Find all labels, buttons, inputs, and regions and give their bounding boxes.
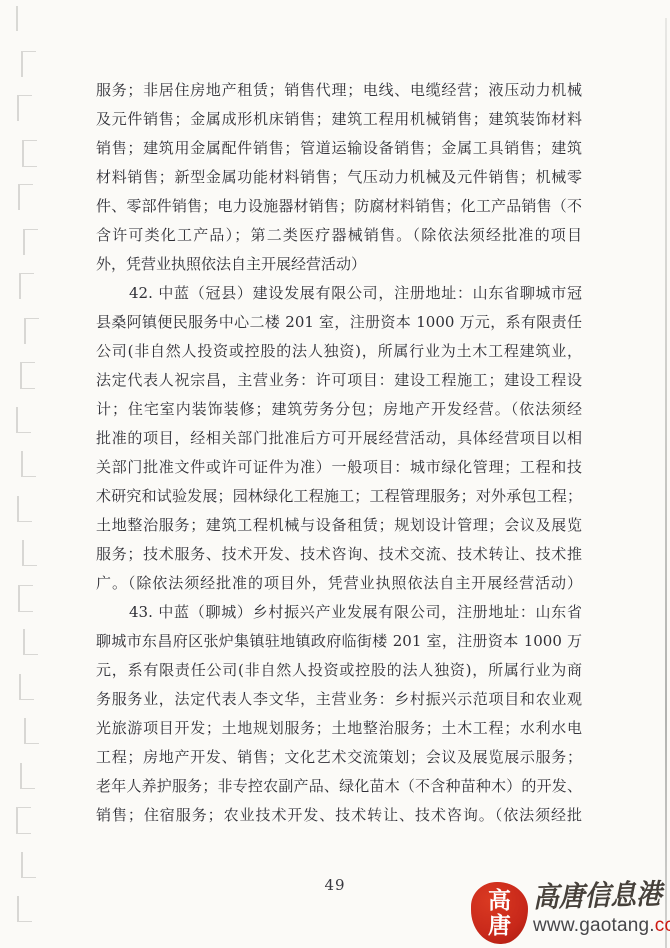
text-line: 广。（除依法须经批准的项目外，凭营业执照依法自主开展经营活动） [96, 569, 582, 598]
text-line: 及元件销售；金属成形机床销售；建筑工程用机械销售；建筑装饰材料 [96, 105, 582, 134]
text-line: 43. 中蓝（聊城）乡村振兴产业发展有限公司，注册地址：山东省 [96, 598, 582, 627]
scan-artifact-mark [22, 540, 37, 566]
scan-artifact-mark [18, 184, 33, 210]
scan-artifact-mark [24, 718, 39, 744]
scan-artifact-mark [17, 95, 32, 121]
text-line: 关部门批准文件或许可证件为准）一般项目：城市绿化管理；工程和技 [96, 453, 582, 482]
scan-artifact-mark [19, 273, 34, 299]
text-line: 件、零部件销售；电力设施器材销售；防腐材料销售；化工产品销售（不 [96, 192, 582, 221]
site-url-main: www.gaotang. [533, 915, 655, 936]
gaotang-seal-logo-icon: 高 唐 [471, 882, 528, 944]
text-line: 县桑阿镇便民服务中心二楼 201 室，注册资本 1000 万元，系有限责任 [96, 308, 582, 337]
text-line: 含许可类化工产品）；第二类医疗器械销售。（除依法须经批准的项目 [96, 221, 582, 250]
text-line: 术研究和试验发展；园林绿化工程施工；工程管理服务；对外承包工程； [96, 482, 582, 511]
text-line: 42. 中蓝（冠县）建设发展有限公司，注册地址：山东省聊城市冠 [96, 279, 582, 308]
scan-artifact-mark [24, 318, 39, 344]
text-line: 光旅游项目开发；土地规划服务；土地整治服务；土木工程；水利水电 [96, 714, 582, 743]
site-watermark: 高 唐 高唐信息港 www.gaotang.cc [471, 882, 669, 944]
text-line: 务服务业，法定代表人李文华，主营业务：乡村振兴示范项目和农业观 [96, 685, 582, 714]
text-line: 销售；住宿服务；农业技术开发、技术转让、技术咨询。（依法须经批 [96, 801, 582, 830]
scan-artifact-mark [20, 763, 35, 789]
text-line: 服务；非居住房地产租赁；销售代理；电线、电缆经营；液压动力机械 [96, 76, 582, 105]
text-line: 土地整治服务；建筑工程机械与设备租赁；规划设计管理；会议及展览 [96, 511, 582, 540]
text-line: 材料销售；新型金属功能材料销售；气压动力机械及元件销售；机械零 [96, 163, 582, 192]
scan-artifact-mark [21, 852, 36, 878]
scan-artifact-mark [16, 6, 31, 31]
scan-artifact-mark [20, 362, 35, 389]
watermark-text-block: 高唐信息港 www.gaotang.cc [533, 882, 669, 936]
text-line: 法定代表人祝宗昌，主营业务：许可项目：建设工程施工；建设工程设 [96, 366, 582, 395]
text-line: 工程；房地产开发、销售；文化艺术交流策划；会议及展览展示服务； [96, 743, 582, 772]
text-line: 批准的项目，经相关部门批准后方可开展经营活动，具体经营项目以相 [96, 424, 582, 453]
text-line: 外，凭营业执照依法自主开展经营活动） [96, 250, 582, 279]
text-line: 元，系有限责任公司(非自然人投资或控股的法人独资)，所属行业为商 [96, 656, 582, 685]
scan-artifact-mark [21, 451, 36, 477]
text-line: 计；住宅室内装饰装修；建筑劳务分包；房地产开发经营。（依法须经 [96, 395, 582, 424]
site-url-suffix: cc [655, 915, 670, 936]
text-line: 聊城市东昌府区张炉集镇驻地镇政府临街楼 201 室，注册资本 1000 万 [96, 627, 582, 656]
text-line: 公司(非自然人投资或控股的法人独资)，所属行业为土木工程建筑业， [96, 337, 582, 366]
text-line: 销售；建筑用金属配件销售；管道运输设备销售；金属工具销售；建筑 [96, 134, 582, 163]
scan-artifact-mark [16, 407, 31, 433]
seal-char-bottom: 唐 [488, 913, 511, 938]
site-name: 高唐信息港 [533, 878, 659, 914]
scan-artifact-mark [16, 807, 31, 834]
scan-artifact-mark [17, 896, 32, 922]
text-line: 老年人养护服务；非专控农副产品、绿化苗木（不含种苗种木）的开发、 [96, 772, 582, 801]
text-line: 服务；技术服务、技术开发、技术咨询、技术交流、技术转让、技术推 [96, 540, 582, 569]
scan-edge-line [665, 18, 667, 948]
document-body: 服务；非居住房地产租赁；销售代理；电线、电缆经营；液压动力机械及元件销售；金属成… [96, 76, 582, 830]
scan-artifact-mark [23, 229, 38, 255]
scan-artifact-mark [17, 496, 32, 522]
seal-char-top: 高 [488, 888, 511, 913]
scan-artifact-mark [18, 585, 33, 612]
scan-artifact-mark [22, 140, 37, 167]
scan-artifact-mark [23, 629, 38, 655]
scan-artifact-mark [21, 51, 36, 77]
scan-artifact-mark [19, 674, 34, 700]
site-url: www.gaotang.cc [533, 915, 669, 936]
